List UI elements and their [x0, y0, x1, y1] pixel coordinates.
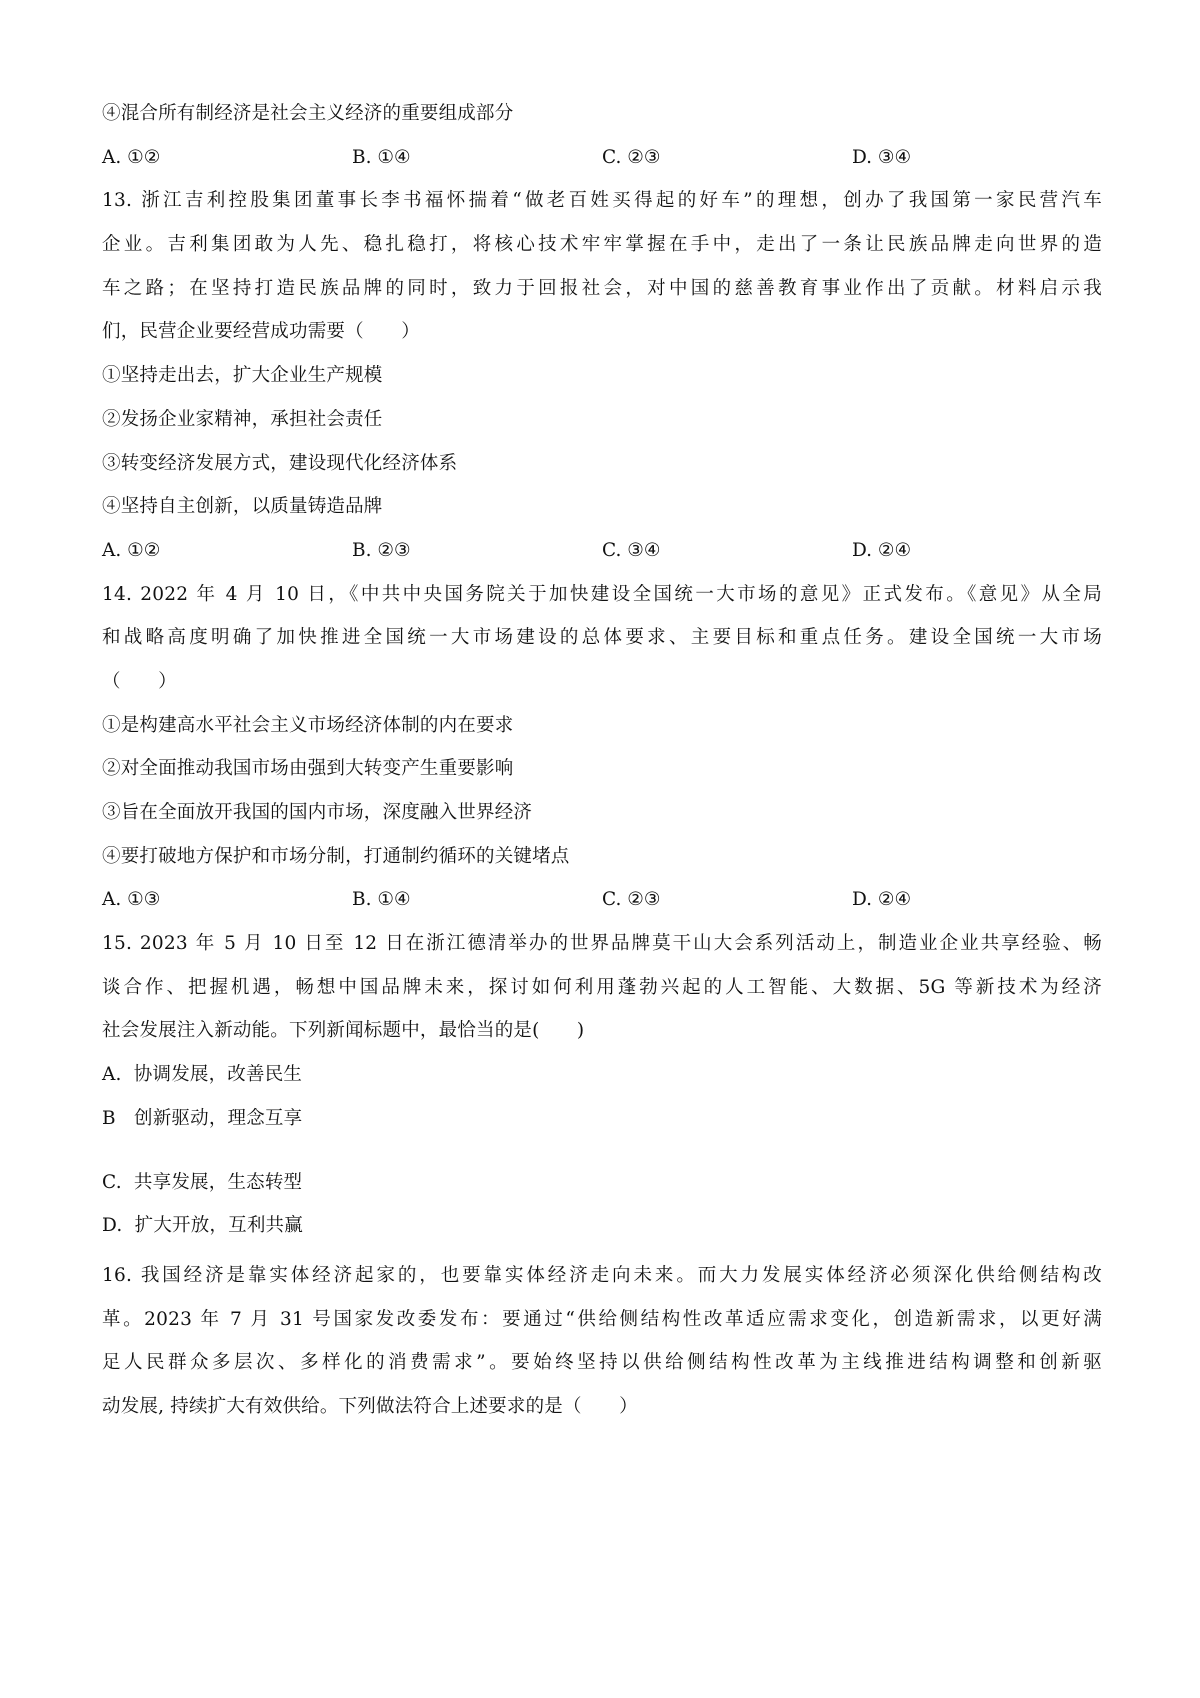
q13-stem-line-2: 企业。吉利集团敢为人先、稳扎稳打，将核心技术牢牢掌握在手中，走出了一条让民族品牌…: [102, 223, 1102, 267]
q16-stem-line-1: 16. 我国经济是靠实体经济起家的，也要靠实体经济走向未来。而大力发展实体经济必…: [102, 1254, 1102, 1298]
q14-stem-line-1: 14. 2022 年 4 月 10 日，《中共中央国务院关于加快建设全国统一大市…: [102, 573, 1102, 617]
q15-choice-a: A. 协调发展，改善民生: [102, 1053, 1102, 1097]
q16-stem-line-2: 革。2023 年 7 月 31 号国家发改委发布：要通过“供给侧结构性改革适应需…: [102, 1298, 1102, 1342]
q15-choice-b: B 创新驱动，理念互享: [102, 1097, 1102, 1141]
q14-statement-3: ③旨在全面放开我国的国内市场，深度融入世界经济: [102, 791, 1102, 835]
q14-statement-1: ①是构建高水平社会主义市场经济体制的内在要求: [102, 704, 1102, 748]
q14-stem-line-2: 和战略高度明确了加快推进全国统一大市场建设的总体要求、主要目标和重点任务。建设全…: [102, 616, 1102, 660]
q12-statement-4: ④混合所有制经济是社会主义经济的重要组成部分: [102, 92, 1102, 136]
q14-option-d: D. ②④: [852, 878, 1102, 922]
q13-option-d: D. ②④: [852, 529, 1102, 573]
q13-stem-line-4: 们，民营企业要经营成功需要（ ）: [102, 310, 1102, 354]
q15-choice-d: D. 扩大开放，互利共赢: [102, 1204, 1102, 1248]
q14-option-c: C. ②③: [602, 878, 852, 922]
q12-option-b: B. ①④: [352, 136, 602, 180]
q12-option-c: C. ②③: [602, 136, 852, 180]
q12-option-a: A. ①②: [102, 136, 352, 180]
q14-statement-4: ④要打破地方保护和市场分制，打通制约循环的关键堵点: [102, 835, 1102, 879]
q13-statement-1: ①坚持走出去，扩大企业生产规模: [102, 354, 1102, 398]
q13-options: A. ①② B. ②③ C. ③④ D. ②④: [102, 529, 1102, 573]
q14-option-a: A. ①③: [102, 878, 352, 922]
q14-stem-line-3: （ ）: [102, 660, 1102, 704]
q12-option-d: D. ③④: [852, 136, 1102, 180]
exam-page: ④混合所有制经济是社会主义经济的重要组成部分 A. ①② B. ①④ C. ②③…: [102, 92, 1102, 1429]
q13-option-b: B. ②③: [352, 529, 602, 573]
q13-option-c: C. ③④: [602, 529, 852, 573]
q14-option-b: B. ①④: [352, 878, 602, 922]
q13-stem-line-3: 车之路；在坚持打造民族品牌的同时，致力于回报社会，对中国的慈善教育事业作出了贡献…: [102, 267, 1102, 311]
q15-stem-line-2: 谈合作、把握机遇，畅想中国品牌未来，探讨如何利用蓬勃兴起的人工智能、大数据、5G…: [102, 966, 1102, 1010]
spacer: [102, 1141, 1102, 1161]
q14-options: A. ①③ B. ①④ C. ②③ D. ②④: [102, 878, 1102, 922]
q16-stem-line-3: 足人民群众多层次、多样化的消费需求”。要始终坚持以供给侧结构性改革为主线推进结构…: [102, 1341, 1102, 1385]
q15-stem-line-1: 15. 2023 年 5 月 10 日至 12 日在浙江德清举办的世界品牌莫干山…: [102, 922, 1102, 966]
q15-choice-c: C. 共享发展，生态转型: [102, 1161, 1102, 1205]
q16-stem-line-4: 动发展, 持续扩大有效供给。下列做法符合上述要求的是（ ）: [102, 1385, 1102, 1429]
q13-stem-line-1: 13. 浙江吉利控股集团董事长李书福怀揣着“做老百姓买得起的好车”的理想，创办了…: [102, 179, 1102, 223]
q13-statement-4: ④坚持自主创新，以质量铸造品牌: [102, 485, 1102, 529]
q13-option-a: A. ①②: [102, 529, 352, 573]
q14-statement-2: ②对全面推动我国市场由强到大转变产生重要影响: [102, 747, 1102, 791]
q13-statement-3: ③转变经济发展方式，建设现代化经济体系: [102, 442, 1102, 486]
q15-stem-line-3: 社会发展注入新动能。下列新闻标题中，最恰当的是( ): [102, 1009, 1102, 1053]
q12-options: A. ①② B. ①④ C. ②③ D. ③④: [102, 136, 1102, 180]
q13-statement-2: ②发扬企业家精神，承担社会责任: [102, 398, 1102, 442]
